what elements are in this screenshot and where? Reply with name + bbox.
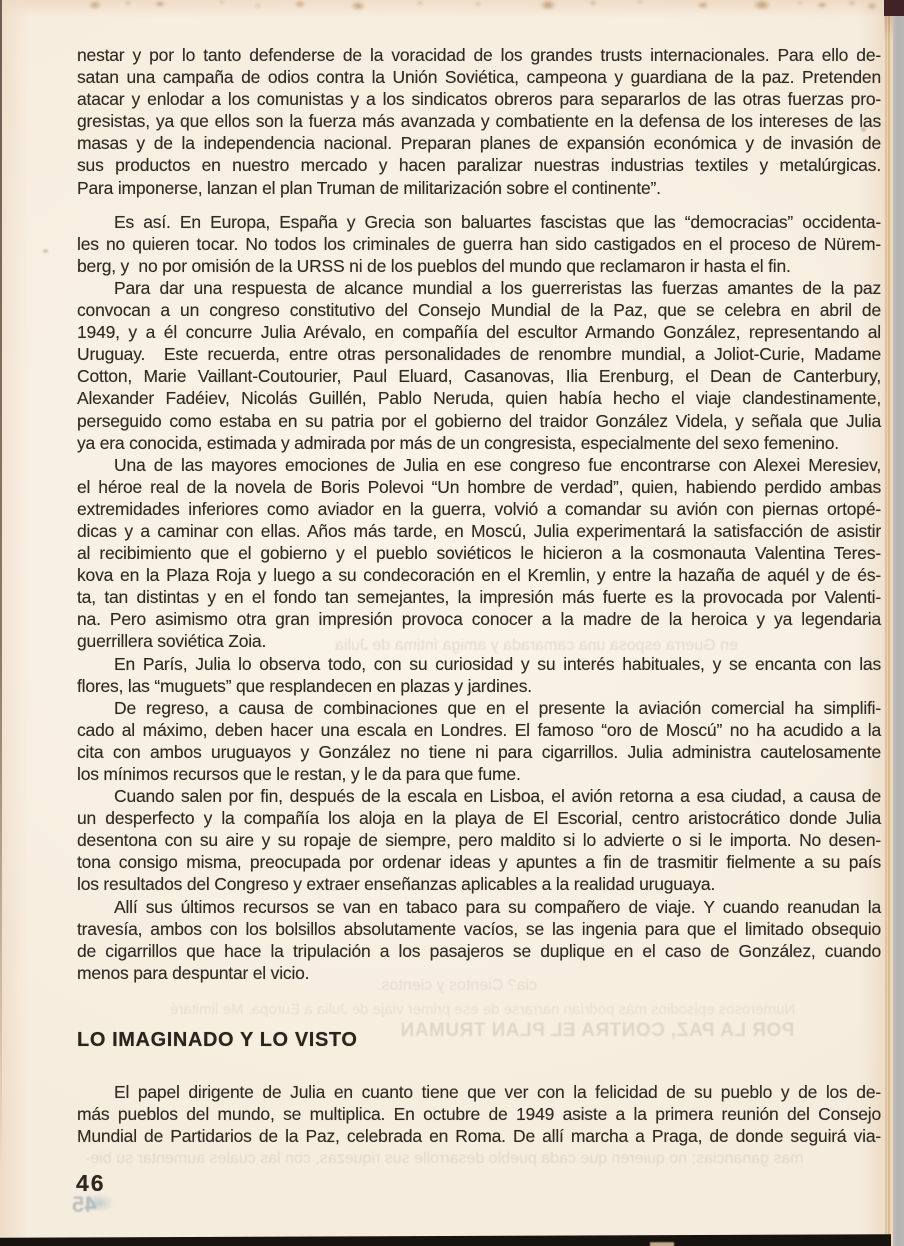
text-line: sus productos en nuestro mercado y hacen… xyxy=(77,154,881,176)
text-line: Mundial de Partidarios de la Paz, celebr… xyxy=(77,1125,881,1147)
book-page: en Guerra esposa una camarada y amiga ín… xyxy=(0,0,904,1246)
text-line: Alexander Fadéiev, Nicolás Guillén, Pabl… xyxy=(77,387,881,409)
body-paragraph: De regreso, a causa de combinaciones que… xyxy=(77,697,881,785)
text-line: flores, las “muguets” que resplandecen e… xyxy=(77,675,881,697)
background-strip xyxy=(893,0,904,1246)
left-page-edge xyxy=(0,0,2,1170)
text-line: Cuando salen por fin, después de la esca… xyxy=(77,785,881,807)
text-line: menos para despuntar el vicio. xyxy=(77,962,881,984)
text-line: los mínimos recursos que le restan, y le… xyxy=(77,763,881,785)
text-line: travesía, ambos con los bolsillos absolu… xyxy=(77,918,881,940)
text-line: más pueblos del mundo, se multiplica. En… xyxy=(77,1103,881,1125)
body-paragraph: En París, Julia lo observa todo, con su … xyxy=(77,653,881,697)
body-paragraph: nestar y por lo tanto defenderse de la v… xyxy=(77,44,881,199)
text-line: un desperfecto y la compañía los aloja e… xyxy=(77,807,881,829)
text-line: el héroe real de la novela de Boris Pole… xyxy=(77,476,881,498)
book-cover-corner xyxy=(884,0,904,16)
text-line: En París, Julia lo observa todo, con su … xyxy=(77,653,881,675)
text-line: 1949, y a él concurre Julia Arévalo, en … xyxy=(77,321,881,343)
text-line: ta, tan distintas y en el fondo tan seme… xyxy=(77,586,881,608)
bleed-text-line: mas ganancias; no quieren que cada puebl… xyxy=(85,1150,804,1168)
text-line: tona consigo misma, preocupada por orden… xyxy=(77,851,881,873)
band-notch xyxy=(650,1242,674,1246)
text-line: les no quieren tocar. No todos los crimi… xyxy=(77,233,881,255)
text-line: guerrillera soviética Zoia. xyxy=(77,630,881,652)
text-line: El papel dirigente de Julia en cuanto ti… xyxy=(77,1081,881,1103)
closing-paragraph-wrap: El papel dirigente de Julia en cuanto ti… xyxy=(77,1081,881,1147)
text-line: perseguido como estaba en su patria por … xyxy=(77,410,881,432)
text-line: ya era conocida, estimada y admirada por… xyxy=(77,432,881,454)
body-paragraph: Cuando salen por fin, después de la esca… xyxy=(77,785,881,895)
body-paragraphs: nestar y por lo tanto defenderse de la v… xyxy=(77,44,881,984)
text-line: al recibimiento que el gobierno y el pue… xyxy=(77,542,881,564)
text-line: gresistas, ya que ellos son la fuerza má… xyxy=(77,110,881,132)
section-heading: LO IMAGINADO Y LO VISTO xyxy=(77,1028,881,1052)
text-line: na. Pero asimismo otra gran impresión pr… xyxy=(77,608,881,630)
text-line: de cigarrillos que hace la tripulación a… xyxy=(77,940,881,962)
paper-speck xyxy=(43,249,48,253)
text-line: desentona con su aire y su ropaje de sie… xyxy=(77,829,881,851)
text-line: De regreso, a causa de combinaciones que… xyxy=(77,697,881,719)
body-paragraph: Es así. En Europa, España y Grecia son b… xyxy=(77,211,881,277)
text-line: Allí sus últimos recursos se van en taba… xyxy=(77,896,881,918)
text-line: dicas y a caminar con ellas. Años más ta… xyxy=(77,520,881,542)
text-line: Uruguay. Este recuerda, entre otras pers… xyxy=(77,343,881,365)
text-line: satan una campaña de odios contra la Uni… xyxy=(77,66,881,88)
text-line: los resultados del Congreso y extraer en… xyxy=(77,873,881,895)
body-paragraph: Una de las mayores emociones de Julia en… xyxy=(77,454,881,653)
text-line: convocan a un congreso constitutivo del … xyxy=(77,299,881,321)
text-line: nestar y por lo tanto defenderse de la v… xyxy=(77,44,881,66)
foxing-stains xyxy=(0,0,904,26)
text-line: masas y de la independencia nacional. Pr… xyxy=(77,132,881,154)
body-paragraph: Para dar una respuesta de alcance mundia… xyxy=(77,277,881,454)
text-line: cita con ambos uruguayos y González no t… xyxy=(77,741,881,763)
closing-paragraph: El papel dirigente de Julia en cuanto ti… xyxy=(77,1081,881,1147)
text-line: kova en la Plaza Roja y luego a su conde… xyxy=(77,564,881,586)
text-line: cado al máximo, deben hacer una escala e… xyxy=(77,719,881,741)
text-line: Para imponerse, lanzan el plan Truman de… xyxy=(77,177,881,199)
book-page-edges xyxy=(884,0,893,1246)
body-paragraph: Allí sus últimos recursos se van en taba… xyxy=(77,896,881,984)
text-line: atacar y enlodar a los comunistas y a lo… xyxy=(77,88,881,110)
text-line: Para dar una respuesta de alcance mundia… xyxy=(77,277,881,299)
text-line: berg, y no por omisión de la URSS ni de … xyxy=(77,255,881,277)
text-line: Cotton, Marie Vaillant-Coutourier, Paul … xyxy=(77,365,881,387)
page-number: 46 xyxy=(76,1170,106,1197)
text-column: nestar y por lo tanto defenderse de la v… xyxy=(77,44,881,1147)
text-line: Es así. En Europa, España y Grecia son b… xyxy=(77,211,881,233)
text-line: extremidades inferiores como aviador en … xyxy=(77,498,881,520)
text-line: Una de las mayores emociones de Julia en… xyxy=(77,454,881,476)
